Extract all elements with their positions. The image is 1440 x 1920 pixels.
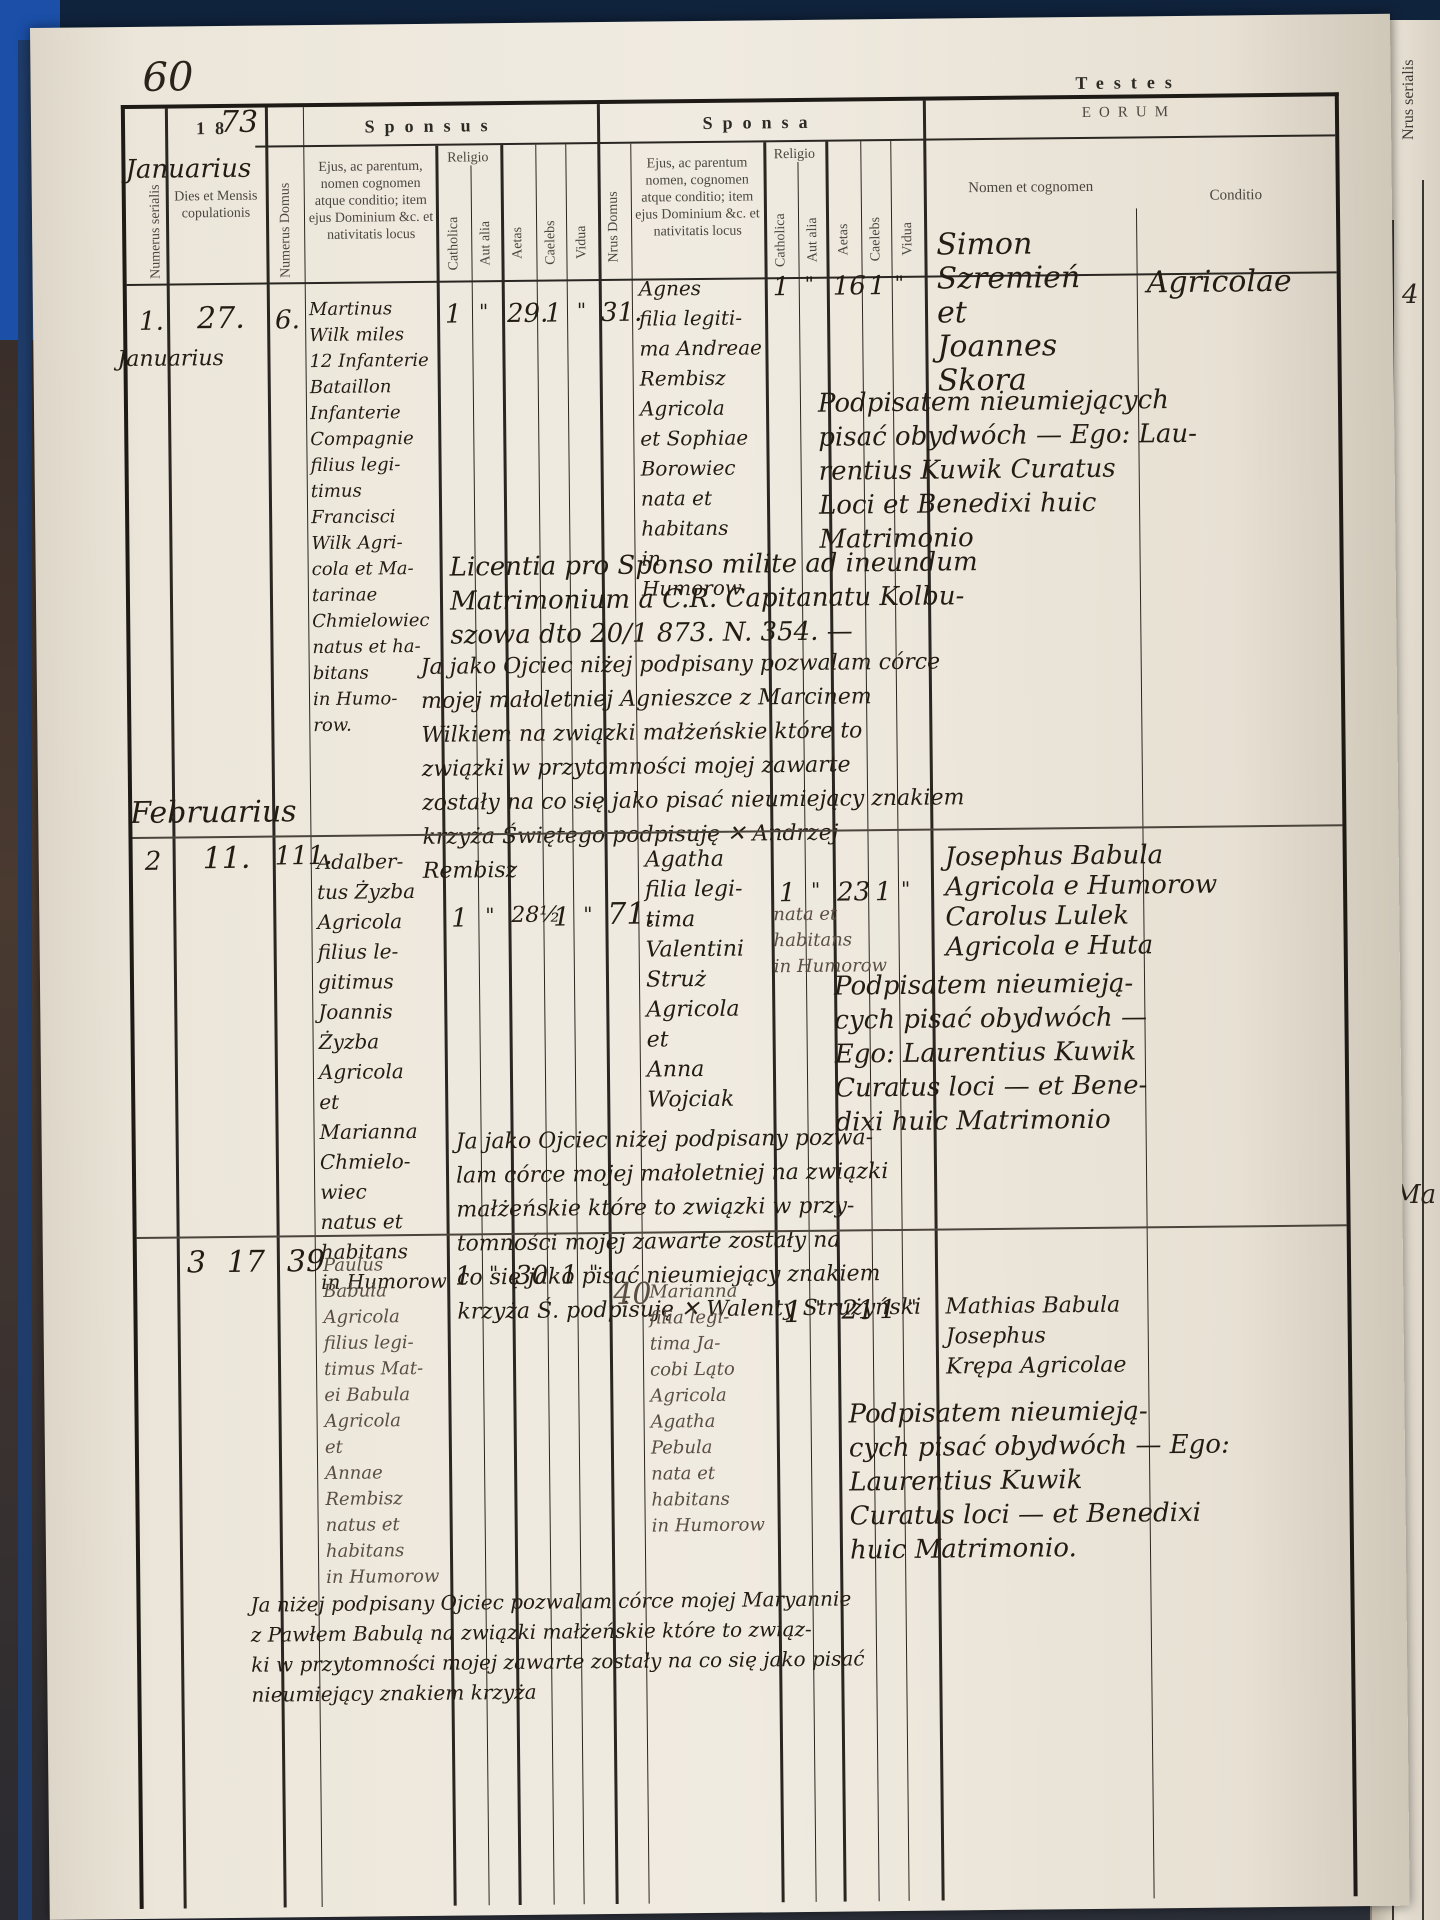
entry-house: 39 [287, 1247, 325, 1277]
register-page: 60 18 73 Sponsus Sponsa Testes EORUM Jan… [30, 14, 1410, 1920]
register-table: 18 73 Sponsus Sponsa Testes EORUM Januar… [121, 92, 1358, 1909]
sponsus-catholica: 1 [455, 1263, 472, 1289]
sponsa-aut-alia: " [805, 274, 814, 294]
sponsus-aut-alia: " [479, 301, 488, 321]
sponsus-details: Martinus Wilk miles 12 Infanterie Batail… [309, 296, 433, 739]
header-ejus-sponsus: Ejus, ac parentum, nomen cognomen atque … [305, 158, 436, 244]
sponsus-vidua: " [583, 904, 592, 924]
month-februarius: Februarius [130, 797, 297, 829]
sponsa-caelebs: 1 [875, 879, 892, 905]
header-caelebs: Caelebs [543, 192, 560, 292]
entry-serial: 2 [145, 849, 162, 875]
sponsus-details: Adalber- tus Żyzba Agricola filius le- g… [317, 846, 447, 1297]
testes-names: Josephus Babula Agricola e Humorow Carol… [945, 840, 1218, 963]
sponsa-house: 40 [613, 1280, 651, 1310]
header-religio-sponsa: Religio [763, 146, 825, 164]
father-consent-note: Ja niżej podpisany Ojciec pozwalam córce… [250, 1583, 865, 1709]
sponsus-vidua: " [589, 1262, 598, 1282]
sponsus-catholica: 1 [451, 905, 468, 931]
testes-title: Testes [923, 70, 1335, 95]
sponsa-details: Marianna filia legi- tima Ja- cobi Ląto … [649, 1278, 765, 1539]
entry-day: 17 [227, 1248, 265, 1278]
sponsus-caelebs: 1 [561, 1262, 578, 1288]
header-religio-sponsus: Religio [435, 149, 500, 167]
header-dies-mensis: Dies et Mensis copulationis [166, 188, 266, 223]
sponsa-caelebs: 1 [869, 273, 886, 299]
col-rule-serial [165, 109, 187, 1909]
adjacent-page-rule [1422, 180, 1424, 1920]
testes-subtitle: EORUM [923, 102, 1335, 123]
sponsus-caelebs: 1 [545, 300, 562, 326]
entry-day: 27. [197, 304, 245, 334]
testes-conditio: Agricolae [1147, 267, 1292, 299]
testes-names: Simon Szremień et Joannes Skora [936, 227, 1081, 398]
book-cover-edge [18, 40, 32, 1920]
sponsa-caelebs: 1 [879, 1297, 896, 1323]
military-licence-note: Licentia pro Sponso milite ad ineundum M… [449, 545, 978, 653]
sponsus-caelebs: 1 [553, 904, 570, 930]
header-aut-alia: Aut alia [478, 193, 495, 293]
entry-month: Januarius [117, 348, 224, 371]
priest-signature-note: Podpisatem nieumieją- cych pisać obydwóc… [834, 966, 1148, 1139]
sponsa-aut-alia: " [815, 1298, 824, 1318]
sponsa-catholica: 1 [773, 274, 790, 300]
priest-signature-note: Podpisatem nieumiejących pisać obydwóch … [818, 383, 1198, 557]
entry-serial: 3 [187, 1248, 206, 1278]
sponsa-house: 31. [601, 300, 643, 326]
page-number: 60 [142, 54, 193, 101]
header-numerus-serialis: Numerus serialis [148, 182, 165, 282]
sponsus-aut-alia: " [485, 905, 494, 925]
sponsa-details: Agatha filia legi- tima Valentini Struż … [645, 845, 746, 1116]
month-januarius-header: Januarius [125, 156, 251, 183]
header-conditio: Conditio [1136, 186, 1336, 205]
sponsa-aetas: 23 [837, 879, 870, 905]
sponsus-vidua: " [577, 300, 586, 320]
sponsa-catholica: 1 [779, 880, 796, 906]
sponsa-vidua: " [901, 879, 910, 899]
sponsa-aetas: 21 [841, 1297, 874, 1323]
header-vidua: Vidua [574, 192, 591, 292]
sponsa-vidua: " [907, 1297, 916, 1317]
entry-day: 11. [203, 844, 251, 874]
sponsa-catholica: 1 [783, 1298, 802, 1328]
header-nrus-domus: Nrus Domus [606, 177, 623, 277]
sponsus-details: Paulus Babula Agricola filius legi- timu… [323, 1252, 440, 1591]
sponsa-title: Sponsa [597, 111, 923, 135]
priest-signature-note: Podpisatem nieumieją- cych pisać obydwóc… [848, 1394, 1231, 1568]
header-numerus-domus: Numerus Domus [278, 180, 295, 280]
header-nomen-cognomen: Nomen et cognomen [936, 177, 1126, 199]
entry-serial: 1. [139, 309, 164, 335]
sponsus-aut-alia: " [489, 1263, 498, 1283]
sponsus-title: Sponsus [265, 114, 597, 138]
testes-names: Mathias Babula Josephus Krępa Agricolae [945, 1291, 1126, 1383]
adjacent-page-header: Nrus serialis [1400, 60, 1418, 140]
sponsus-aetas: 29. [507, 301, 549, 327]
entry-house: 6. [275, 307, 300, 333]
header-ejus-sponsa: Ejus, ac parentum nomen, cognomen atque … [630, 154, 764, 240]
sponsus-catholica: 1 [445, 301, 462, 327]
adjacent-page-mark: 4 [1402, 280, 1419, 310]
sponsa-vidua: " [895, 273, 904, 293]
year-handwritten: 73 [220, 108, 258, 138]
header-aetas: Aetas [510, 193, 527, 293]
header-catholica: Catholica [446, 193, 463, 293]
sponsus-aetas: 30 [515, 1263, 548, 1289]
sponsa-aetas: 16 [833, 273, 866, 299]
sponsa-aut-alia: " [811, 880, 820, 900]
